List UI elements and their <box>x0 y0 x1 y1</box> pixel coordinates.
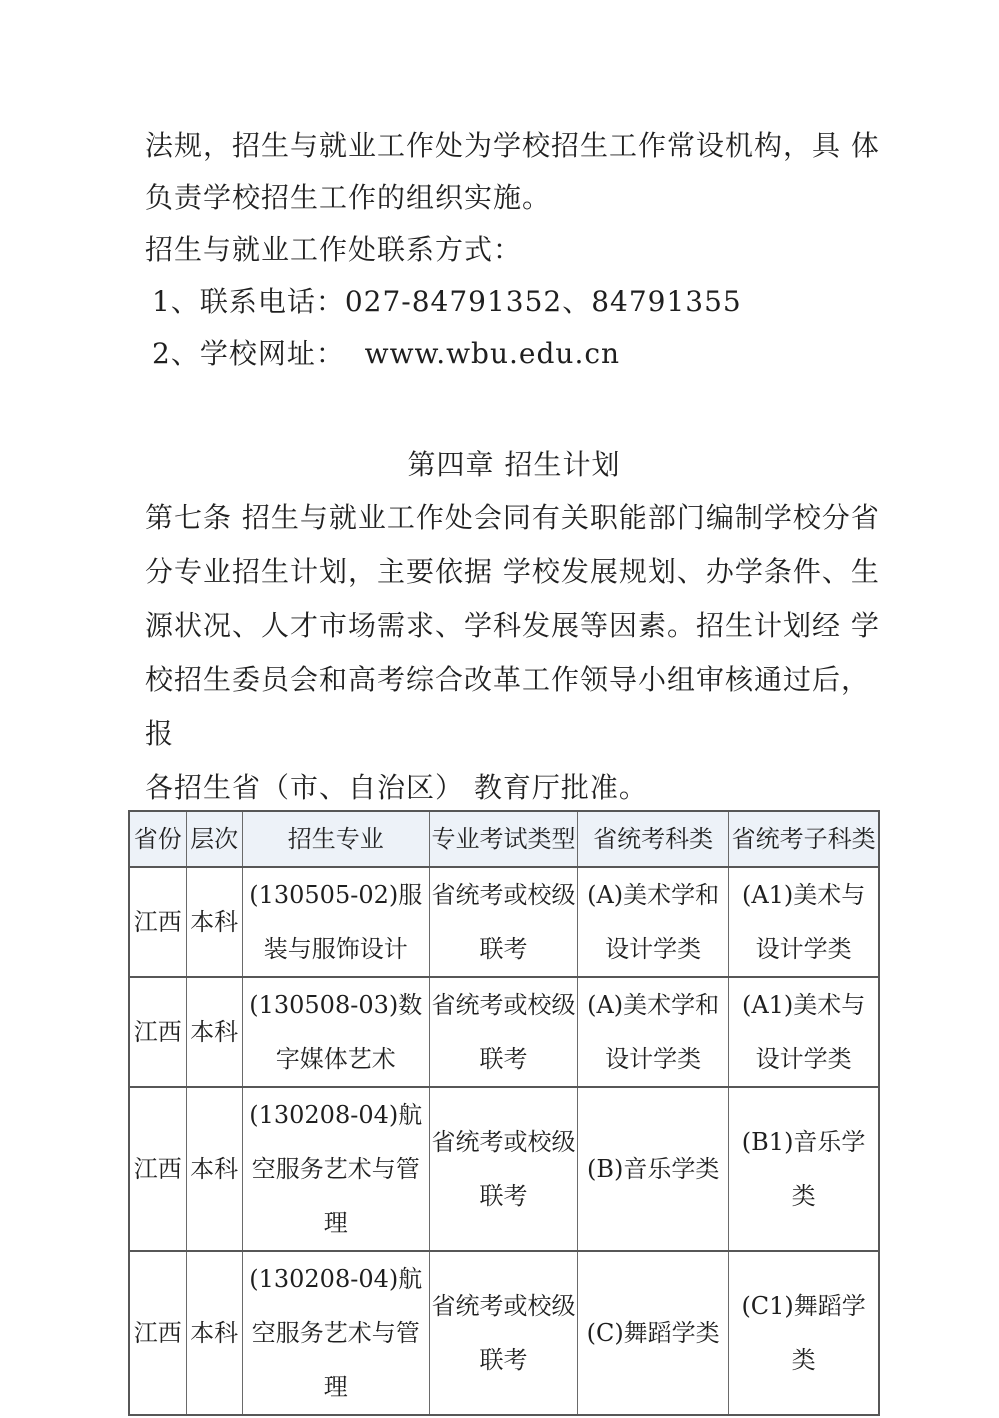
col-header-unified-exam-category: 省统考科类 <box>578 811 729 867</box>
table-cell: 省统考或校级联考 <box>429 977 577 1087</box>
table-cell: (A)美术学和设计学类 <box>578 867 729 977</box>
col-header-major: 招生专业 <box>242 811 429 867</box>
contact-item-phone: 1、联系电话：027-84791352、84791355 <box>145 276 890 328</box>
table-cell: 本科 <box>186 977 242 1087</box>
table-cell: (130208-04)航空服务艺术与管理 <box>242 1087 429 1251</box>
table-cell: 本科 <box>186 1251 242 1415</box>
intro-section: 法规，招生与就业工作处为学校招生工作常设机构，具 体 负责学校招生工作的组织实施… <box>145 120 890 380</box>
table-cell: 江西 <box>129 1087 186 1251</box>
paragraph-line: 法规，招生与就业工作处为学校招生工作常设机构，具 体 <box>145 120 890 172</box>
chapter-heading: 第四章 招生计划 <box>145 438 883 492</box>
table-cell: (C1)舞蹈学类 <box>729 1251 879 1415</box>
table-cell: 省统考或校级联考 <box>429 1251 577 1415</box>
table-header-row: 省份 层次 招生专业 专业考试类型 省统考科类 省统考子科类 <box>129 811 879 867</box>
contact-item-website: 2、学校网址： www.wbu.edu.cn <box>145 328 890 380</box>
table-row: 江西 本科 (130208-04)航空服务艺术与管理 省统考或校级联考 (B)音… <box>129 1087 879 1251</box>
table-row: 江西 本科 (130508-03)数字媒体艺术 省统考或校级联考 (A)美术学和… <box>129 977 879 1087</box>
table-cell: (B1)音乐学类 <box>729 1087 879 1251</box>
table-cell: 省统考或校级联考 <box>429 867 577 977</box>
contact-heading: 招生与就业工作处联系方式： <box>145 224 890 276</box>
table-row: 江西 本科 (130208-04)航空服务艺术与管理 省统考或校级联考 (C)舞… <box>129 1251 879 1415</box>
table-cell: 江西 <box>129 1251 186 1415</box>
document-page: 法规，招生与就业工作处为学校招生工作常设机构，具 体 负责学校招生工作的组织实施… <box>0 0 999 1418</box>
table-cell: 本科 <box>186 867 242 977</box>
col-header-level: 层次 <box>186 811 242 867</box>
paragraph-line: 分专业招生计划，主要依据 学校发展规划、办学条件、生 <box>145 545 893 599</box>
paragraph-line: 各招生省（市、自治区） 教育厅批准。 <box>145 761 893 815</box>
table-cell: (130505-02)服装与服饰设计 <box>242 867 429 977</box>
col-header-province: 省份 <box>129 811 186 867</box>
table-cell: 江西 <box>129 867 186 977</box>
paragraph-line: 第七条 招生与就业工作处会同有关职能部门编制学校分省 <box>145 491 893 545</box>
paragraph-line: 校招生委员会和高考综合改革工作领导小组审核通过后，报 <box>145 653 893 761</box>
table-cell: (B)音乐学类 <box>578 1087 729 1251</box>
table-cell: (A)美术学和设计学类 <box>578 977 729 1087</box>
table-cell: 本科 <box>186 1087 242 1251</box>
col-header-exam-type: 专业考试类型 <box>429 811 577 867</box>
table-cell: 江西 <box>129 977 186 1087</box>
table-cell: (A1)美术与设计学类 <box>729 867 879 977</box>
table-cell: (A1)美术与设计学类 <box>729 977 879 1087</box>
table-row: 江西 本科 (130505-02)服装与服饰设计 省统考或校级联考 (A)美术学… <box>129 867 879 977</box>
table-cell: (130508-03)数字媒体艺术 <box>242 977 429 1087</box>
table-cell: 省统考或校级联考 <box>429 1087 577 1251</box>
table-cell: (130208-04)航空服务艺术与管理 <box>242 1251 429 1415</box>
paragraph-line: 负责学校招生工作的组织实施。 <box>145 172 890 224</box>
admission-plan-table: 省份 层次 招生专业 专业考试类型 省统考科类 省统考子科类 江西 本科 (13… <box>128 810 880 1416</box>
table-cell: (C)舞蹈学类 <box>578 1251 729 1415</box>
col-header-unified-exam-subcategory: 省统考子科类 <box>729 811 879 867</box>
paragraph-line: 源状况、人才市场需求、学科发展等因素。招生计划经 学 <box>145 599 893 653</box>
